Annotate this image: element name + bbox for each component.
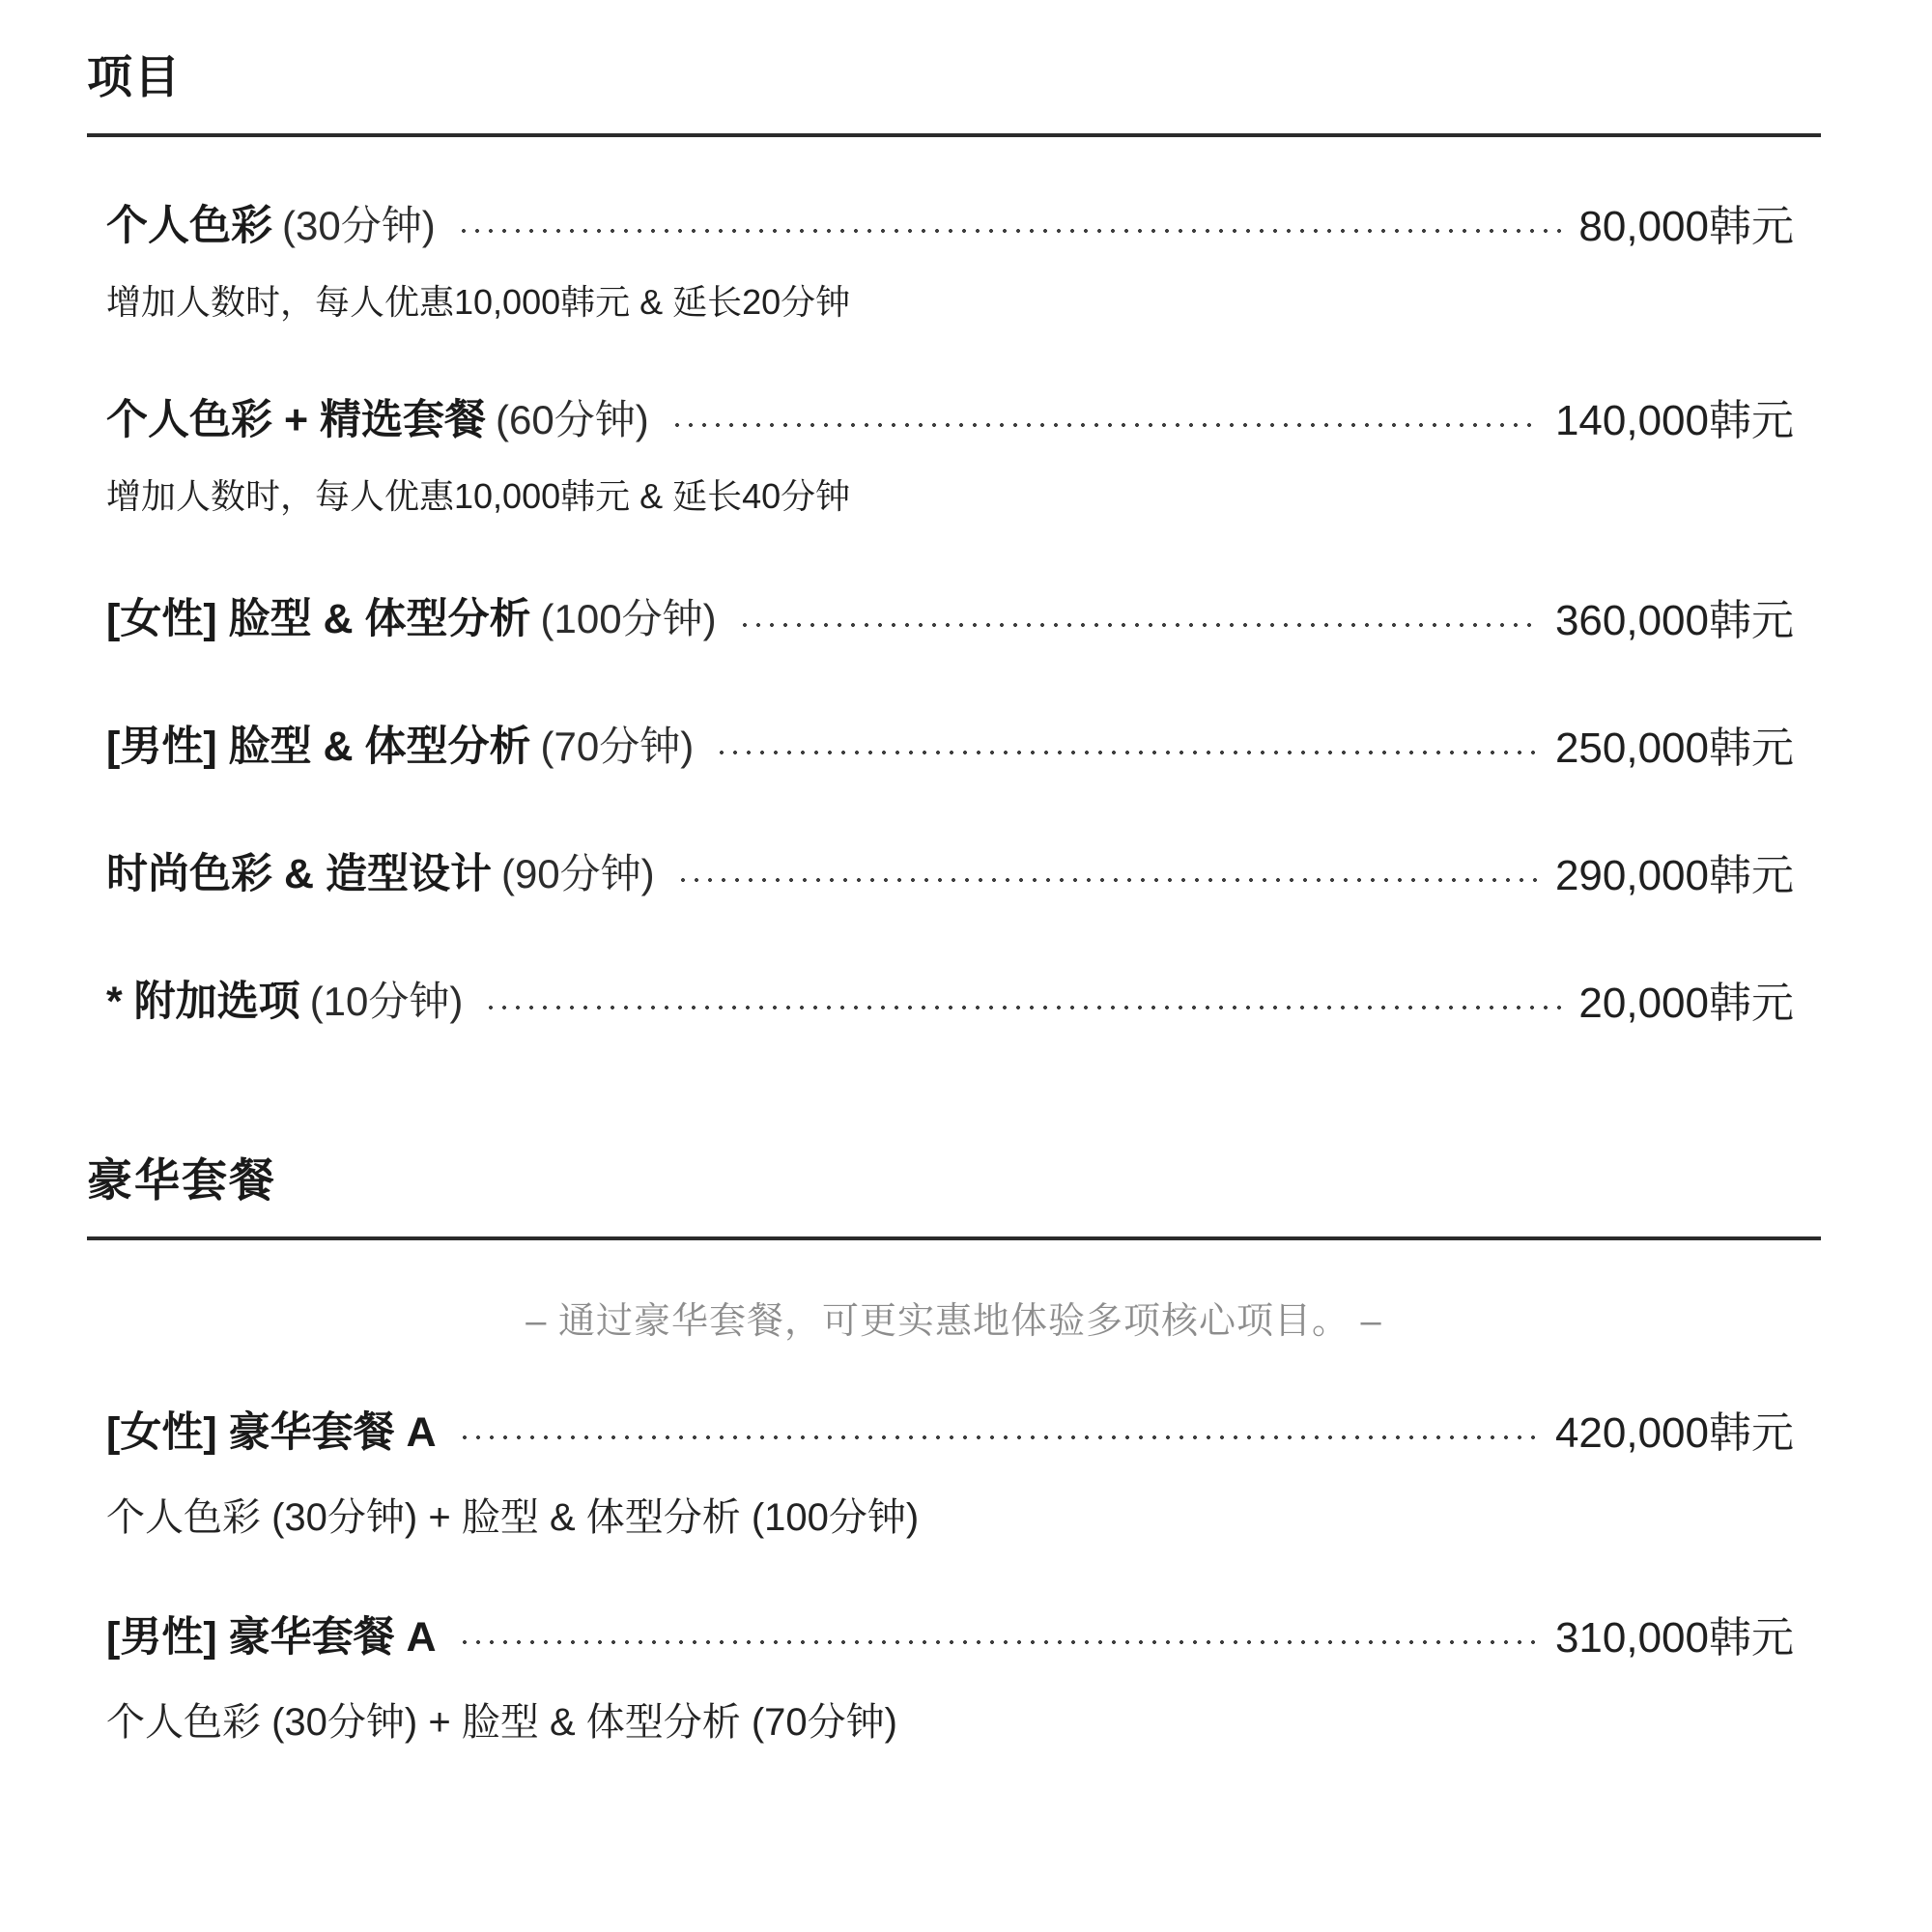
item-note: 增加人数时，每人优惠10,000韩元 & 延长20分钟 (106, 280, 1794, 326)
dotted-leader (715, 751, 1538, 754)
dotted-leader (458, 1435, 1538, 1439)
item-row: [女性] 豪华套餐 A 420,000韩元 (106, 1398, 1794, 1460)
item-price: 80,000韩元 (1578, 191, 1794, 253)
item-duration: (10分钟) (310, 979, 464, 1024)
dotted-leader (676, 878, 1538, 882)
item-name: [男性] 脸型 & 体型分析 (106, 724, 531, 770)
item-duration: (90分钟) (501, 851, 655, 896)
section-title: 项目 (87, 50, 1821, 104)
item-note: 增加人数时，每人优惠10,000韩元 & 延长40分钟 (106, 474, 1794, 520)
dotted-leader (738, 623, 1538, 627)
item-name: [男性] 豪华套餐 A (106, 1614, 437, 1661)
item-label: [男性] 脸型 & 体型分析(70分钟) (106, 714, 694, 773)
item-label: [女性] 豪华套餐 A (106, 1400, 437, 1459)
item-price: 360,000韩元 (1555, 585, 1794, 647)
item-duration: (30分钟) (282, 203, 436, 248)
item-name: [女性] 脸型 & 体型分析 (106, 596, 531, 642)
item-price: 310,000韩元 (1555, 1603, 1794, 1664)
dotted-leader (458, 1640, 1538, 1644)
item-label: 个人色彩 + 精选套餐(60分钟) (106, 387, 649, 446)
item-duration: (60分钟) (496, 397, 649, 442)
item-detail: 个人色彩 (30分钟) + 脸型 & 体型分析 (70分钟) (106, 1697, 1794, 1747)
item-row: * 附加选项(10分钟) 20,000韩元 (106, 968, 1794, 1030)
item-row: [男性] 脸型 & 体型分析(70分钟) 250,000韩元 (106, 713, 1794, 775)
item-label: 时尚色彩 & 造型设计(90分钟) (106, 841, 655, 900)
item-label: [女性] 脸型 & 体型分析(100分钟) (106, 586, 717, 645)
section-title: 豪华套餐 (87, 1153, 1821, 1207)
price-list-page: 项目 个人色彩(30分钟) 80,000韩元 增加人数时，每人优惠10,000韩… (0, 0, 1932, 1932)
item-row: [女性] 脸型 & 体型分析(100分钟) 360,000韩元 (106, 585, 1794, 647)
section-packages: 豪华套餐 – 通过豪华套餐，可更实惠地体验多项核心项目。 – [女性] 豪华套餐… (87, 1153, 1821, 1747)
item-price: 20,000韩元 (1578, 968, 1794, 1030)
section-rule (87, 133, 1821, 137)
item-name: 时尚色彩 & 造型设计 (106, 851, 492, 897)
item-name: 个人色彩 + 精选套餐 (106, 397, 486, 443)
item-price: 250,000韩元 (1555, 713, 1794, 775)
dotted-leader (670, 423, 1538, 427)
item-detail: 个人色彩 (30分钟) + 脸型 & 体型分析 (100分钟) (106, 1492, 1794, 1543)
package-subtitle: – 通过豪华套餐，可更实惠地体验多项核心项目。 – (87, 1291, 1821, 1344)
section-items: 项目 个人色彩(30分钟) 80,000韩元 增加人数时，每人优惠10,000韩… (87, 50, 1821, 1030)
item-label: [男性] 豪华套餐 A (106, 1605, 437, 1663)
item-row: 个人色彩 + 精选套餐(60分钟) 140,000韩元 (106, 385, 1794, 447)
item-row: [男性] 豪华套餐 A 310,000韩元 (106, 1603, 1794, 1664)
dotted-leader (457, 229, 1562, 233)
item-price: 420,000韩元 (1555, 1398, 1794, 1460)
item-duration: (70分钟) (541, 724, 695, 769)
item-row: 时尚色彩 & 造型设计(90分钟) 290,000韩元 (106, 840, 1794, 902)
dotted-leader (484, 1006, 1561, 1009)
item-name: [女性] 豪华套餐 A (106, 1409, 437, 1456)
item-label: 个人色彩(30分钟) (106, 193, 436, 252)
item-price: 290,000韩元 (1555, 840, 1794, 902)
item-name: 个人色彩 (106, 203, 272, 249)
section-rule (87, 1236, 1821, 1240)
item-price: 140,000韩元 (1555, 385, 1794, 447)
section-packages-rows: [女性] 豪华套餐 A 420,000韩元 个人色彩 (30分钟) + 脸型 &… (87, 1398, 1821, 1747)
section-items-rows: 个人色彩(30分钟) 80,000韩元 增加人数时，每人优惠10,000韩元 &… (87, 191, 1821, 1030)
item-label: * 附加选项(10分钟) (106, 969, 463, 1028)
item-duration: (100分钟) (541, 596, 717, 641)
item-name: * 附加选项 (106, 979, 300, 1025)
item-row: 个人色彩(30分钟) 80,000韩元 (106, 191, 1794, 253)
